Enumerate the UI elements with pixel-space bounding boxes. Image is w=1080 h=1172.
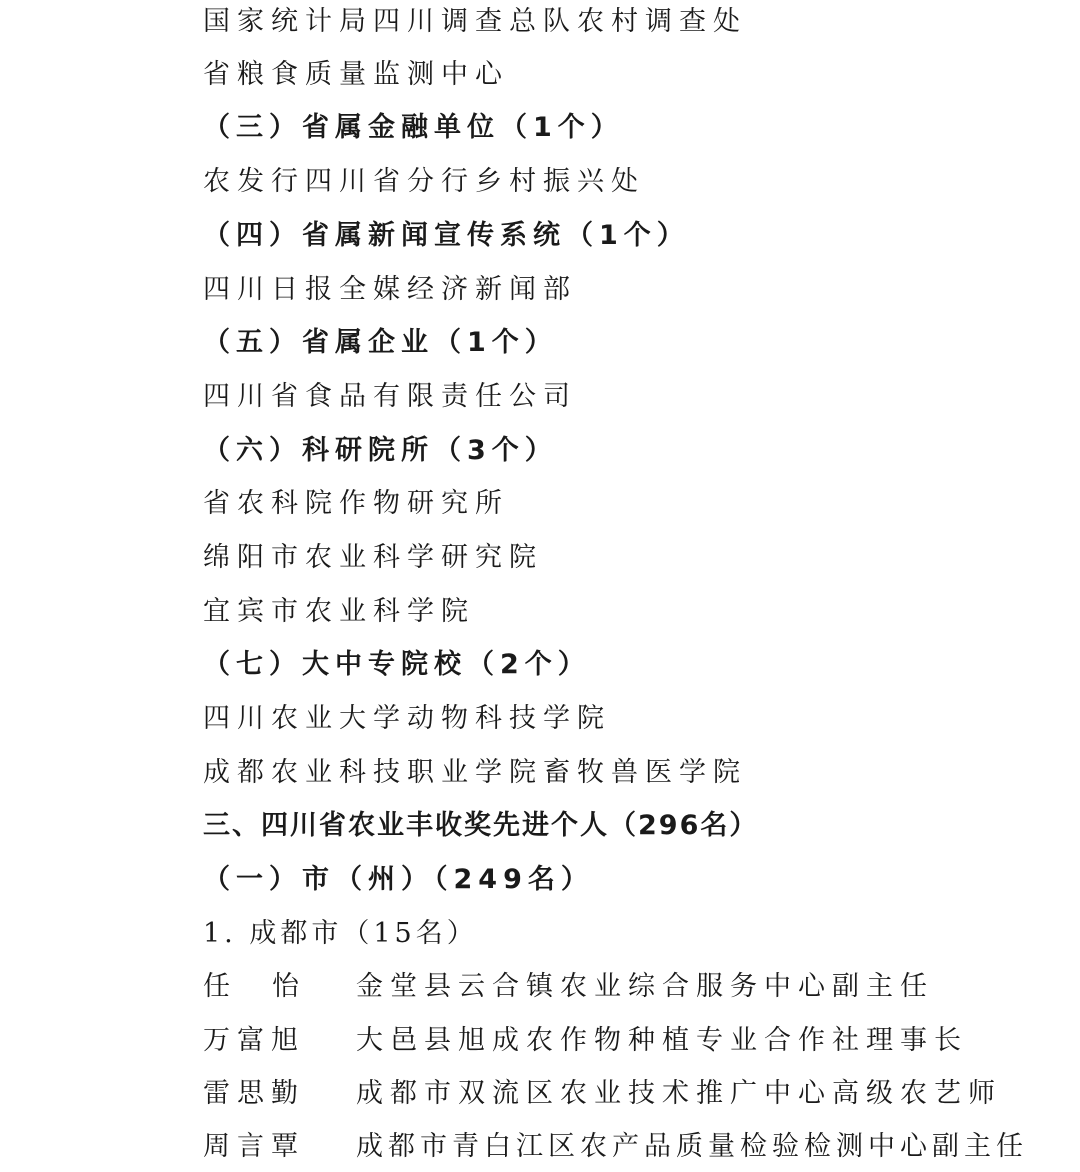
unit-item: 成都农业科技职业学院畜牧兽医学院 <box>203 753 747 793</box>
unit-item: 绵阳市农业科学研究院 <box>203 538 543 578</box>
person-title: 成都市双流区农业技术推广中心高级农艺师 <box>356 1074 1002 1114</box>
section-subheading: （三）省属金融单位（1个） <box>203 108 624 148</box>
section-subheading: （七）大中专院校（2个） <box>203 645 591 685</box>
person-row: 任怡 金堂县云合镇农业综合服务中心副主任 <box>203 967 1063 1007</box>
section-subheading: （五）省属企业（1个） <box>203 323 558 363</box>
unit-item: 四川日报全媒经济新闻部 <box>203 270 577 310</box>
section-subheading: （一）市（州）（249名） <box>203 860 594 900</box>
person-row: 雷思勤 成都市双流区农业技术推广中心高级农艺师 <box>203 1074 1063 1114</box>
unit-item: 四川省食品有限责任公司 <box>203 377 577 417</box>
city-heading: 1. 成都市（15名） <box>203 914 478 954</box>
person-title: 大邑县旭成农作物种植专业合作社理事长 <box>356 1021 968 1061</box>
unit-item: 省农科院作物研究所 <box>203 484 509 524</box>
person-name: 周言覃 <box>203 1127 343 1167</box>
person-title: 成都市青白江区农产品质量检验检测中心副主任 <box>356 1127 1028 1167</box>
unit-item: 农发行四川省分行乡村振兴处 <box>203 162 645 202</box>
unit-item: 国家统计局四川调查总队农村调查处 <box>203 2 747 42</box>
section-subheading: （四）省属新闻宣传系统（1个） <box>203 216 690 256</box>
person-row: 周言覃 成都市青白江区农产品质量检验检测中心副主任 <box>203 1127 1063 1167</box>
unit-item: 省粮食质量监测中心 <box>203 55 509 95</box>
person-name: 万富旭 <box>203 1021 343 1061</box>
section-heading: 三、四川省农业丰收奖先进个人（296名） <box>203 806 758 846</box>
section-subheading: （六）科研院所（3个） <box>203 431 558 471</box>
person-name: 任怡 <box>203 967 343 1007</box>
person-title: 金堂县云合镇农业综合服务中心副主任 <box>356 967 934 1007</box>
unit-item: 四川农业大学动物科技学院 <box>203 699 611 739</box>
person-row: 万富旭 大邑县旭成农作物种植专业合作社理事长 <box>203 1021 1063 1061</box>
person-name: 雷思勤 <box>203 1074 343 1114</box>
unit-item: 宜宾市农业科学院 <box>203 592 475 632</box>
